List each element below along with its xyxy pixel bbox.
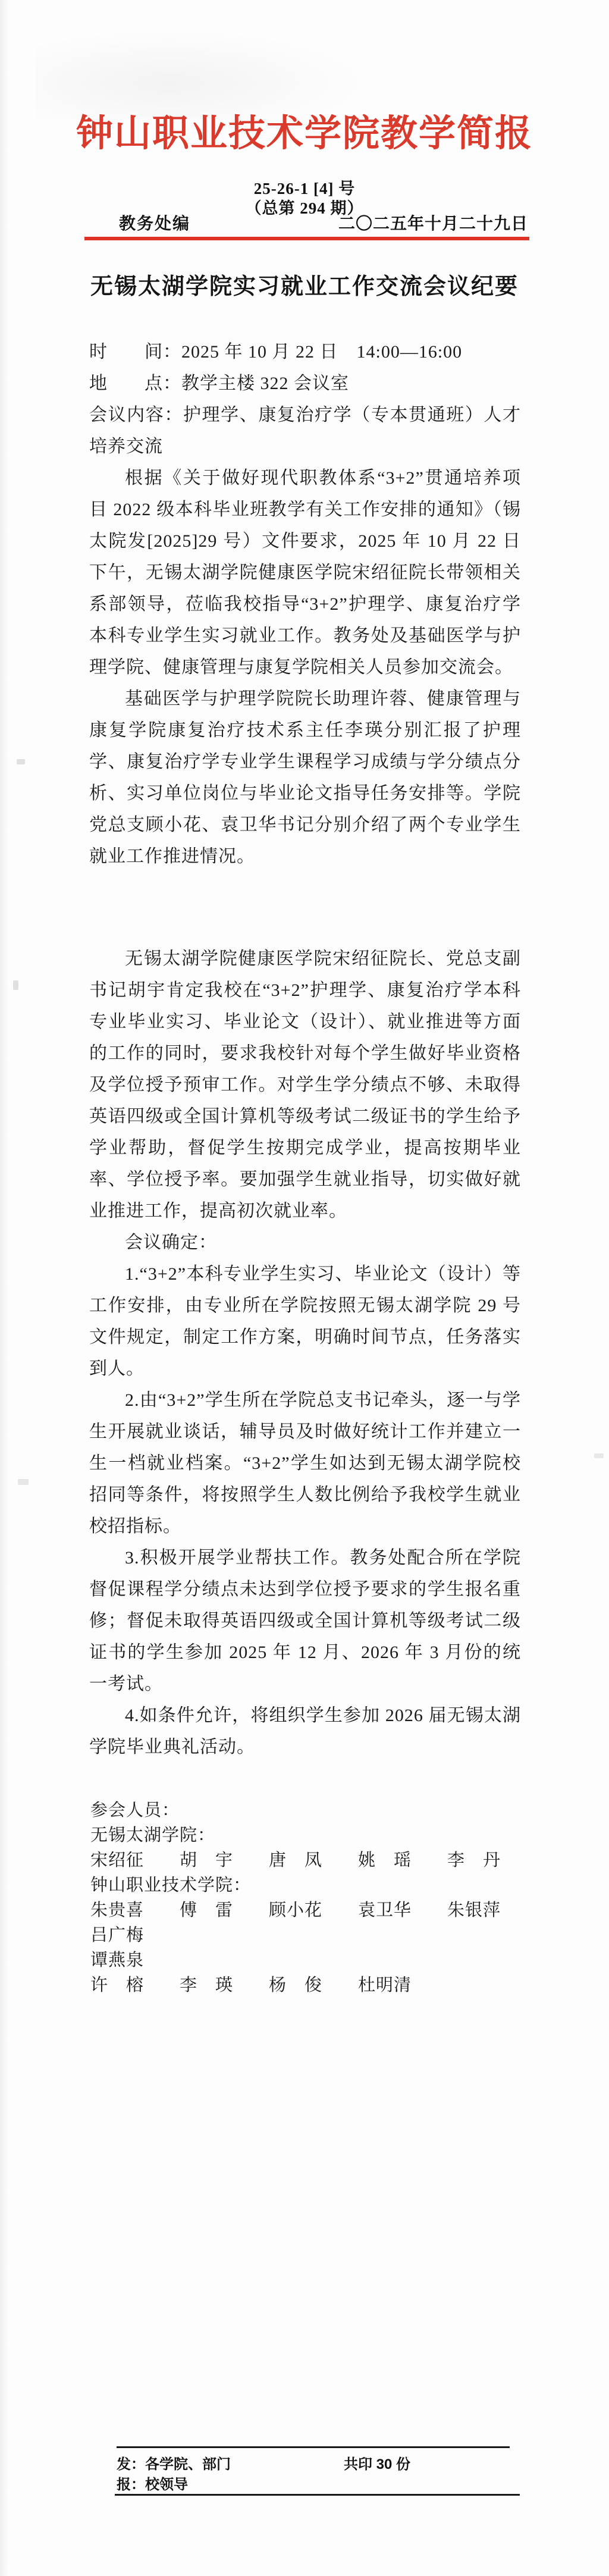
decisions-heading: 会议确定： — [89, 1227, 521, 1258]
paragraph: 根据《关于做好现代职教体系“3+2”贯通培养项目 2022 级本科毕业班教学有关… — [89, 462, 521, 683]
attendees-names: 宋绍征 胡 宇 唐 凤 姚 瑶 李 丹 — [90, 1848, 542, 1873]
article-body-part-1: 时 间：2025 年 10 月 22 日 14:00—16:00 地 点：教学主… — [89, 336, 521, 872]
article-body-part-2: 无锡太湖学院健康医学院宋绍征院长、党总支副书记胡宇肯定我校在“3+2”护理学、康… — [89, 943, 521, 1763]
distribution-label: 发：各学院、部门 — [117, 2456, 231, 2472]
masthead-title: 钟山职业技术学院教学简报 — [0, 107, 609, 161]
document-page: 钟山职业技术学院教学简报 25-26-1 [4] 号 （总第 294 期） 教务… — [0, 0, 609, 2576]
meeting-time: 时 间：2025 年 10 月 22 日 14:00—16:00 — [89, 336, 521, 368]
scan-artifact — [594, 1453, 604, 1458]
report-label: 报：校领导 — [117, 2477, 188, 2493]
paragraph: 无锡太湖学院健康医学院宋绍征院长、党总支副书记胡宇肯定我校在“3+2”护理学、康… — [89, 943, 521, 1227]
scan-artifact — [17, 759, 25, 764]
attendees-names: 许 榕 李 瑛 杨 俊 杜明清 — [90, 1973, 542, 1998]
attendees-names: 朱贵喜 傅 雷 顾小花 袁卫华 朱银萍 吕广梅 — [90, 1898, 542, 1948]
decision-item-3: 3.积极开展学业帮扶工作。教务处配合所在学院督促课程学分绩点未达到学位授予要求的… — [89, 1542, 521, 1700]
attendees-group-label: 无锡太湖学院： — [90, 1823, 542, 1848]
footer-bottom-rule — [115, 2494, 520, 2496]
attendees-group-label: 钟山职业技术学院： — [90, 1873, 542, 1898]
scan-smudge — [36, 30, 369, 119]
masthead-meta-row: 教务处编 二〇二五年十月二十九日 — [84, 214, 528, 234]
decision-item-1: 1.“3+2”本科专业学生实习、毕业论文（设计）等工作安排，由专业所在学院按照无… — [89, 1258, 521, 1384]
decision-item-2: 2.由“3+2”学生所在学院总支书记牵头，逐一与学生开展就业谈话，辅导员及时做好… — [89, 1384, 521, 1542]
meeting-place: 地 点：教学主楼 322 会议室 — [89, 368, 521, 399]
footer-distribution-row: 发：各学院、部门 共印 30 份 — [117, 2455, 521, 2475]
footer-top-rule — [117, 2446, 510, 2448]
attendees-heading: 参会人员： — [90, 1798, 542, 1823]
scan-edge-shade — [0, 0, 8, 2576]
attendees-section: 参会人员： 无锡太湖学院： 宋绍征 胡 宇 唐 凤 姚 瑶 李 丹 钟山职业技术… — [90, 1798, 542, 1998]
copies-count: 共印 30 份 — [344, 2455, 410, 2475]
attendees-names: 谭燕泉 — [90, 1948, 542, 1973]
scan-artifact — [18, 1479, 29, 1485]
scan-artifact — [13, 980, 18, 990]
editor-label: 教务处编 — [119, 214, 190, 234]
meeting-topic: 会议内容：护理学、康复治疗学（专本贯通班）人才培养交流 — [89, 399, 521, 462]
paragraph: 基础医学与护理学院院长助理许蓉、健康管理与康复学院康复治疗技术系主任李瑛分别汇报… — [89, 683, 521, 872]
article-title: 无锡太湖学院实习就业工作交流会议纪要 — [0, 268, 609, 300]
footer-report-row: 报：校领导 — [117, 2475, 521, 2495]
decision-item-4: 4.如条件允许，将组织学生参加 2026 届无锡太湖学院毕业典礼活动。 — [89, 1700, 521, 1763]
publication-date: 二〇二五年十月二十九日 — [338, 214, 528, 234]
masthead-red-rule — [84, 237, 529, 240]
issue-number: 25-26-1 [4] 号 — [0, 179, 609, 198]
